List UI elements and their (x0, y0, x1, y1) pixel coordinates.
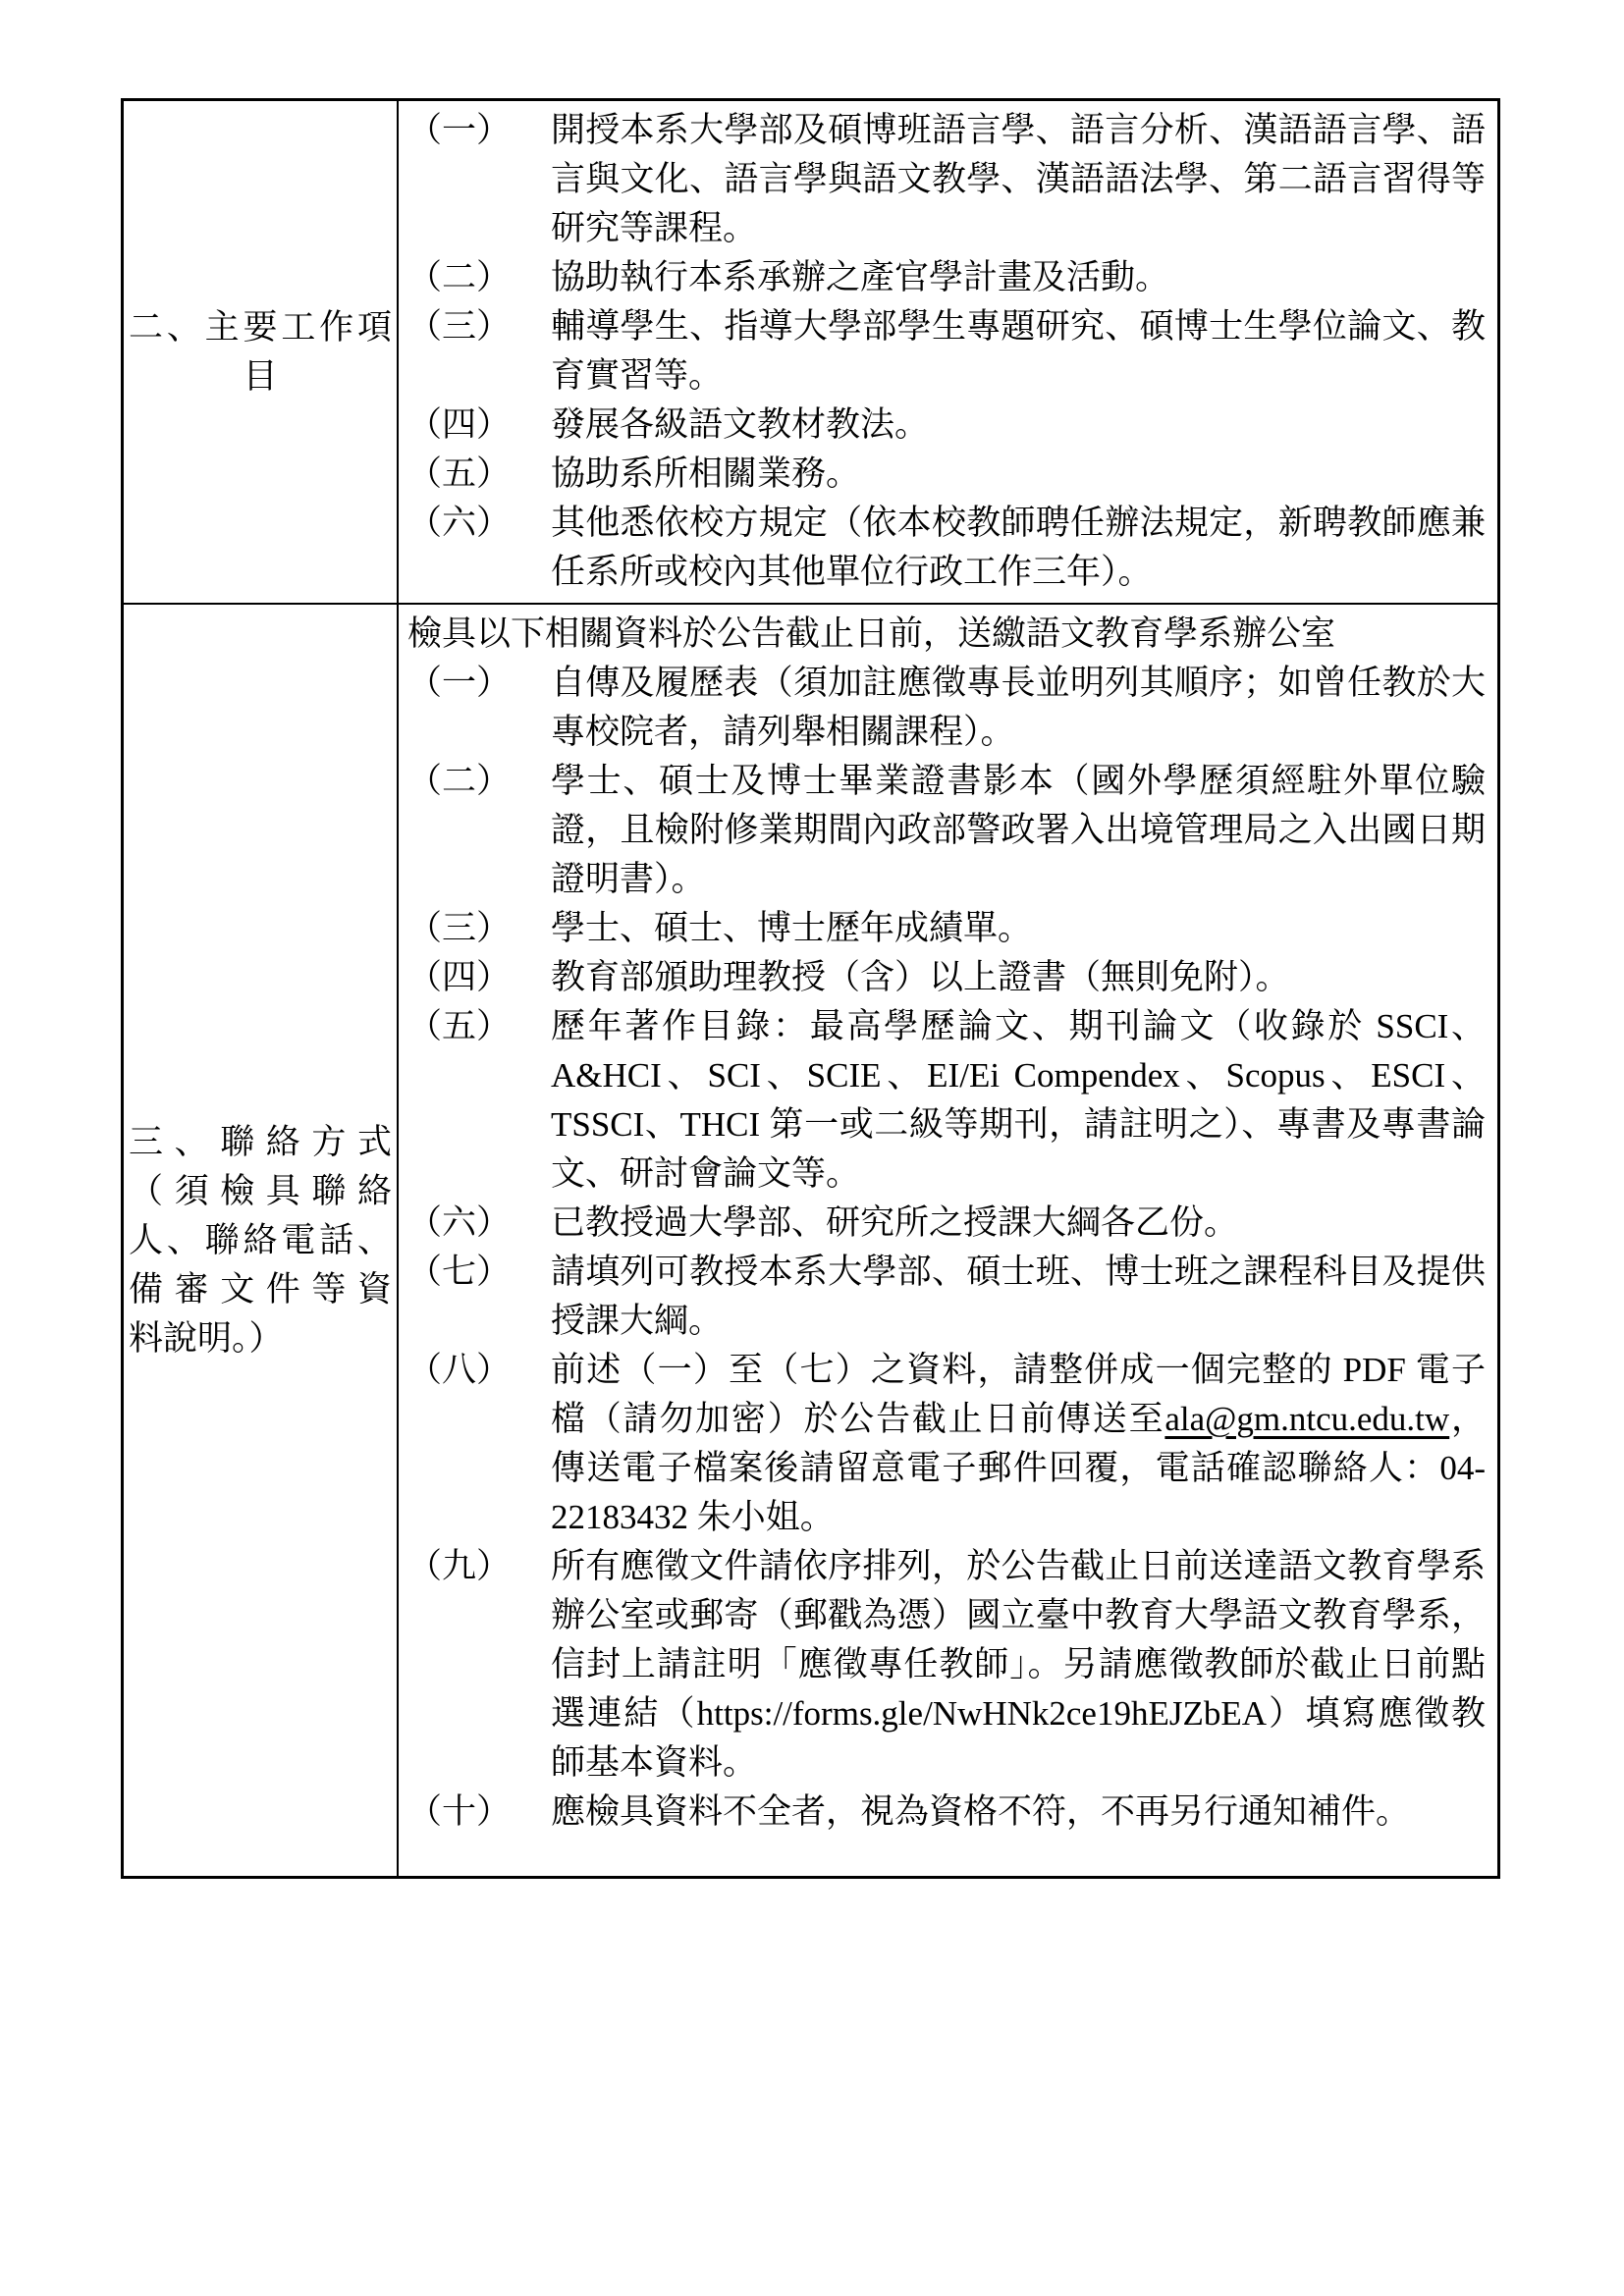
item-text: 學士、碩士及博士畢業證書影本（國外學歷須經駐外單位驗證，且檢附修業期間內政部警政… (551, 762, 1486, 898)
header-line: 料說明。） (129, 1314, 392, 1363)
item-number-label: （五） (407, 450, 551, 499)
duty-item: （五） 協助系所相關業務。 (407, 450, 1486, 499)
item-text: 輔導學生、指導大學部學生專題研究、碩博士生學位論文、教育實習等。 (551, 307, 1486, 395)
application-item: （六） 已教授過大學部、研究所之授課大綱各乙份。 (407, 1199, 1486, 1248)
table-row-contact-method: 三、聯絡方式 （須檢具聯絡 人、聯絡電話、 備審文件等資 料說明。） 檢具以下相… (124, 603, 1497, 1876)
item-text: 協助執行本系承辦之產官學計畫及活動。 (551, 258, 1169, 296)
application-item: （五） 歷年著作目錄：最高學歷論文、期刊論文（收錄於 SSCI、A&HCI、SC… (407, 1002, 1486, 1199)
item-number-label: （六） (407, 1199, 551, 1248)
table-row-main-duties: 二、主要工作項 目 （一） 開授本系大學部及碩博班語言學、語言分析、漢語語言學、… (124, 101, 1497, 603)
item-number-label: （十） (407, 1788, 551, 1837)
row-header-main-duties: 二、主要工作項 目 (124, 101, 399, 603)
item-text: 請填列可教授本系大學部、碩士班、博士班之課程科目及提供授課大綱。 (551, 1253, 1486, 1340)
job-posting-table: 二、主要工作項 目 （一） 開授本系大學部及碩博班語言學、語言分析、漢語語言學、… (121, 98, 1500, 1879)
header-line: 人、聯絡電話、 (129, 1216, 392, 1265)
header-line: 二、主要工作項 (129, 303, 392, 352)
item-number-label: （二） (407, 757, 551, 806)
item-text: 發展各級語文教材教法。 (551, 405, 929, 444)
item-text: 教育部頒助理教授（含）以上證書（無則免附）。 (551, 958, 1290, 996)
item-text: 學士、碩士、博士歷年成績單。 (551, 909, 1032, 947)
item-number-label: （一） (407, 659, 551, 708)
application-item: （二） 學士、碩士及博士畢業證書影本（國外學歷須經駐外單位驗證，且檢附修業期間內… (407, 757, 1486, 904)
row-body-contact-method: 檢具以下相關資料於公告截止日前，送繳語文教育學系辦公室 （一） 自傳及履歷表（須… (399, 605, 1497, 1876)
item-number-label: （六） (407, 499, 551, 548)
item-number-label: （四） (407, 953, 551, 1002)
application-item: （四） 教育部頒助理教授（含）以上證書（無則免附）。 (407, 953, 1486, 1002)
application-intro-text: 檢具以下相關資料於公告截止日前，送繳語文教育學系辦公室 (407, 610, 1486, 659)
application-item: （一） 自傳及履歷表（須加註應徵專長並明列其順序；如曾任教於大專校院者，請列舉相… (407, 659, 1486, 757)
header-line: 目 (129, 352, 392, 401)
application-item: （七） 請填列可教授本系大學部、碩士班、博士班之課程科目及提供授課大綱。 (407, 1248, 1486, 1346)
item-text: 所有應徵文件請依序排列，於公告截止日前送達語文教育學系辦公室或郵寄（郵戳為憑）國… (551, 1547, 1486, 1782)
item-text: 應檢具資料不全者，視為資格不符，不再另行通知補件。 (551, 1792, 1410, 1831)
row-header-contact-method: 三、聯絡方式 （須檢具聯絡 人、聯絡電話、 備審文件等資 料說明。） (124, 605, 399, 1876)
item-text: 已教授過大學部、研究所之授課大綱各乙份。 (551, 1203, 1238, 1242)
item-number-label: （四） (407, 400, 551, 450)
item-number-label: （二） (407, 253, 551, 302)
item-number-label: （三） (407, 904, 551, 953)
item-number-label: （五） (407, 1002, 551, 1051)
item-text: 自傳及履歷表（須加註應徵專長並明列其順序；如曾任教於大專校院者，請列舉相關課程）… (551, 664, 1486, 751)
row-body-main-duties: （一） 開授本系大學部及碩博班語言學、語言分析、漢語語言學、語言與文化、語言學與… (399, 101, 1497, 603)
item-number-label: （七） (407, 1248, 551, 1297)
item-text: 前述（一）至（七）之資料，請整併成一個完整的 PDF 電子檔（請勿加密）於公告截… (551, 1351, 1486, 1536)
item-text: 協助系所相關業務。 (551, 454, 860, 493)
document-page: 二、主要工作項 目 （一） 開授本系大學部及碩博班語言學、語言分析、漢語語言學、… (0, 0, 1624, 2296)
duty-item: （二） 協助執行本系承辦之產官學計畫及活動。 (407, 253, 1486, 302)
item-number-label: （三） (407, 302, 551, 351)
item-number-label: （九） (407, 1542, 551, 1591)
application-item: （十） 應檢具資料不全者，視為資格不符，不再另行通知補件。 (407, 1788, 1486, 1837)
duty-item: （三） 輔導學生、指導大學部學生專題研究、碩博士生學位論文、教育實習等。 (407, 302, 1486, 400)
item-number-label: （八） (407, 1346, 551, 1395)
application-item-with-email: （八） 前述（一）至（七）之資料，請整併成一個完整的 PDF 電子檔（請勿加密）… (407, 1346, 1486, 1542)
application-item: （九） 所有應徵文件請依序排列，於公告截止日前送達語文教育學系辦公室或郵寄（郵戳… (407, 1542, 1486, 1788)
header-line: 三、聯絡方式 (129, 1118, 392, 1167)
duty-item: （一） 開授本系大學部及碩博班語言學、語言分析、漢語語言學、語言與文化、語言學與… (407, 106, 1486, 253)
header-line: （須檢具聯絡 (129, 1167, 392, 1216)
duty-item: （六） 其他悉依校方規定（依本校教師聘任辦法規定，新聘教師應兼任系所或校內其他單… (407, 499, 1486, 597)
item-text: 開授本系大學部及碩博班語言學、語言分析、漢語語言學、語言與文化、語言學與語文教學… (551, 111, 1486, 247)
duty-item: （四） 發展各級語文教材教法。 (407, 400, 1486, 450)
application-item: （三） 學士、碩士、博士歷年成績單。 (407, 904, 1486, 953)
email-link[interactable]: ala@gm.ntcu.edu.tw (1164, 1400, 1449, 1438)
item-text: 其他悉依校方規定（依本校教師聘任辦法規定，新聘教師應兼任系所或校內其他單位行政工… (551, 504, 1486, 591)
header-line: 備審文件等資 (129, 1265, 392, 1314)
item-number-label: （一） (407, 106, 551, 155)
item-text: 歷年著作目錄：最高學歷論文、期刊論文（收錄於 SSCI、A&HCI、SCI、SC… (551, 1007, 1486, 1193)
